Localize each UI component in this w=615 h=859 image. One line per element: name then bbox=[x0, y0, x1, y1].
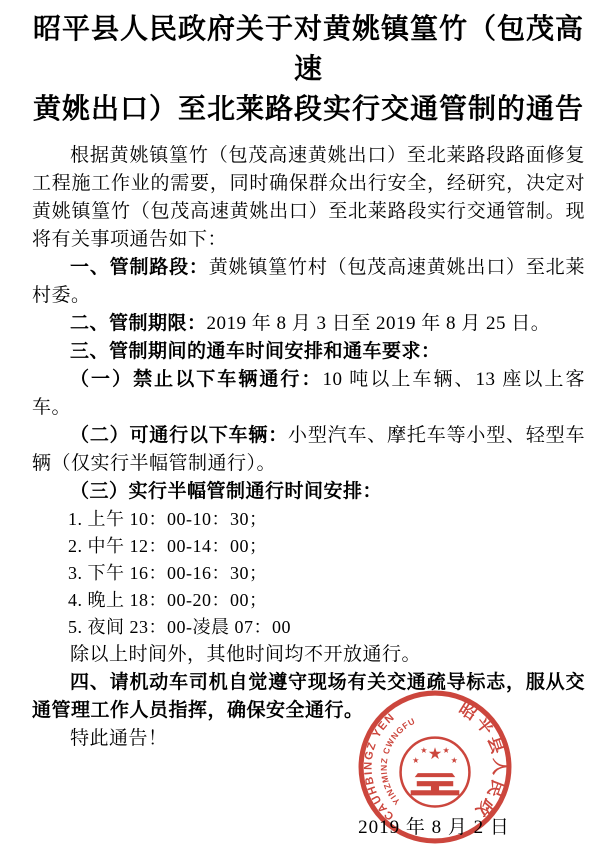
notice-document: 昭平县人民政府关于对黄姚镇篁竹（包茂高速 黄姚出口）至北莱路段实行交通管制的通告… bbox=[0, 0, 615, 859]
item-1-control-section: 一、管制路段：黄姚镇篁竹村（包茂高速黄姚出口）至北莱村委。 bbox=[32, 254, 585, 310]
schedule-line-4: 4. 晚上 18：00-20：00； bbox=[32, 587, 585, 614]
sub-item-3-schedule-header: （三）实行半幅管制通行时间安排： bbox=[32, 478, 585, 506]
issue-date: 2019 年 8 月 2 日 bbox=[348, 812, 520, 839]
seal-artwork: 昭平县人民政府 CAUHBINGZ YEN YINZMINZ CWNGFUJ ★… bbox=[356, 688, 509, 823]
sub-item-3-label: （三）实行半幅管制通行时间安排： bbox=[70, 481, 382, 502]
emblem-small-star-icon: ★ bbox=[420, 746, 427, 755]
document-title: 昭平县人民政府关于对黄姚镇篁竹（包茂高速 黄姚出口）至北莱路段实行交通管制的通告 bbox=[32, 10, 585, 130]
sub-item-2-allowed-vehicles: （二）可通行以下车辆：小型汽车、摩托车等小型、轻型车辆（仅实行半幅管制通行）。 bbox=[32, 422, 585, 478]
emblem-big-star-icon: ★ bbox=[428, 745, 443, 763]
sub-item-2-label: （二）可通行以下车辆： bbox=[70, 425, 288, 446]
item-3-label: 三、管制期间的通车时间安排和通车要求： bbox=[70, 341, 441, 362]
schedule-note: 除以上时间外，其他时间均不开放通行。 bbox=[32, 641, 585, 669]
sub-item-1-label: （一）禁止以下车辆通行： bbox=[70, 369, 323, 390]
tiananmen-gate-icon bbox=[411, 773, 460, 795]
intro-paragraph: 根据黄姚镇篁竹（包茂高速黄姚出口）至北莱路段路面修复工程施工作业的需要，同时确保… bbox=[32, 142, 585, 254]
schedule-line-1: 1. 上午 10：00-10：30； bbox=[32, 506, 585, 533]
schedule-line-3: 3. 下午 16：00-16：30； bbox=[32, 560, 585, 587]
item-2-text: 2019 年 8 月 3 日至 2019 年 8 月 25 日。 bbox=[207, 313, 551, 334]
document-content: 昭平县人民政府关于对黄姚镇篁竹（包茂高速 黄姚出口）至北莱路段实行交通管制的通告… bbox=[0, 0, 615, 753]
item-2-label: 二、管制期限： bbox=[70, 313, 207, 334]
item-2-control-period: 二、管制期限：2019 年 8 月 3 日至 2019 年 8 月 25 日。 bbox=[32, 310, 585, 338]
emblem-small-star-icon: ★ bbox=[451, 756, 458, 765]
emblem-small-star-icon: ★ bbox=[443, 746, 450, 755]
schedule-line-5: 5. 夜间 23：00-凌晨 07：00 bbox=[32, 614, 585, 641]
item-3-traffic-arrangement: 三、管制期间的通车时间安排和通车要求： bbox=[32, 338, 585, 366]
emblem-small-star-icon: ★ bbox=[412, 756, 419, 765]
sub-item-1-prohibited-vehicles: （一）禁止以下车辆通行：10 吨以上车辆、13 座以上客车。 bbox=[32, 366, 585, 422]
title-line-1: 昭平县人民政府关于对黄姚镇篁竹（包茂高速 bbox=[32, 10, 585, 90]
title-line-2: 黄姚出口）至北莱路段实行交通管制的通告 bbox=[32, 90, 585, 130]
schedule-line-2: 2. 中午 12：00-14：00； bbox=[32, 533, 585, 560]
item-1-label: 一、管制路段： bbox=[70, 257, 209, 278]
